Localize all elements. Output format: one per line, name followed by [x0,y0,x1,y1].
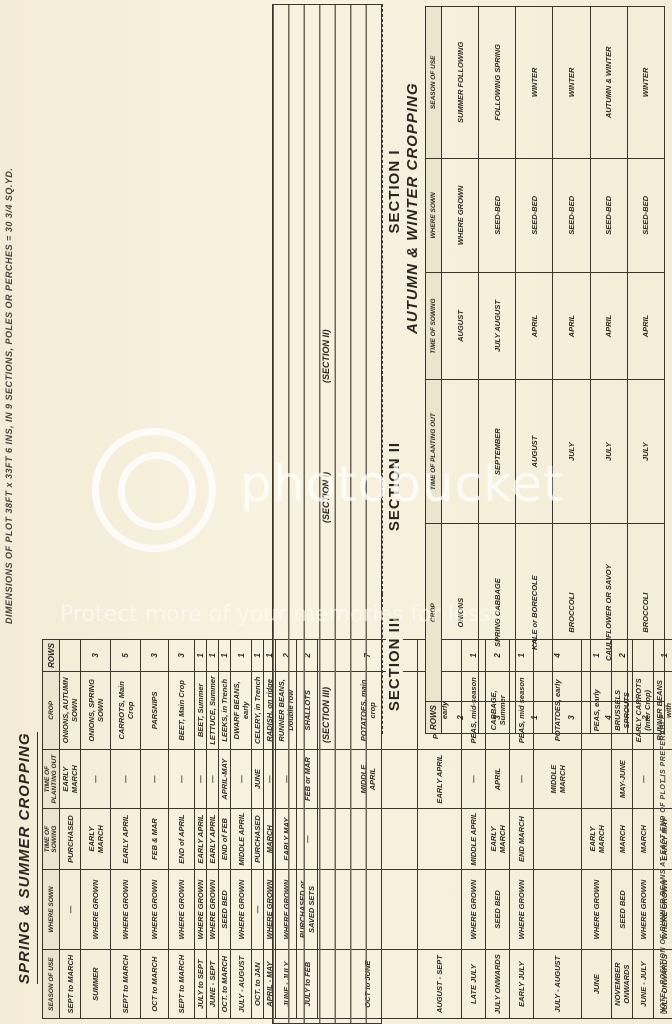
col-time-planting: TIME OF PLANTING OUT [43,749,60,809]
cell: DWARF BEANS, early [231,671,252,749]
cell: JUNE [252,749,264,809]
spring-summer-title: SPRING & SUMMER CROPPING [16,732,38,984]
table-row: JULY - AUGUSTWHERE GROWNMIDDLE APRIL—DWA… [231,640,252,1019]
cell [60,640,81,672]
cell: JUNE [582,950,612,1019]
col-where-sown: WHERE SOWN [426,158,442,272]
cell: — [231,749,252,809]
cell: 1 [252,640,264,672]
cell: EARLY MARCH [60,749,81,809]
cell: 3 [81,640,111,672]
cell: BROCCOLI [553,524,590,702]
table-row: OCT to MARCHWHERE GROWNFEB & MAR—PARSNIP… [141,640,169,1019]
cell: — [60,869,81,950]
table-row: 3BROCCOLIJULYAPRILSEED-BEDWINTER [553,7,590,734]
col-rows: ROWS [43,640,60,672]
cell: PARSNIPS [141,671,169,749]
cell: — [195,749,207,809]
cell: 3 [479,702,516,734]
cell: 1 [195,640,207,672]
cell: 1 [516,702,553,734]
cell: 3 [169,640,195,672]
cell: WINTER [627,7,664,159]
cell: JUNE - SEPT [207,950,219,1019]
cell: JULY [590,380,627,524]
plot-label-section-2: (SECTION II) [321,330,331,384]
cell: EARLY MARCH [582,809,612,869]
cell: EARLY APRIL [195,809,207,869]
cell: — [510,749,534,809]
cell: AUGUST - SEPT [418,950,462,1019]
table-row: 1KALE or BORECOLEAUGUSTAPRILSEED-BEDWINT… [516,7,553,734]
cell: SEED-BED [627,158,664,272]
cell: EARLY APRIL [207,809,219,869]
cell: — [141,749,169,809]
cell: SEED-BED [553,158,590,272]
cell: BEET, Main Crop [169,671,195,749]
cell: APRIL-MAY [219,749,231,809]
cell: JULY - AUGUST [231,950,252,1019]
table-row: 4CAULIFLOWER OR SAVOYJULYAPRILSEED-BEDAU… [590,7,627,734]
table-row: SEPT to MARCHWHERE GROWNEND of APRIL—BEE… [169,640,195,1019]
autumn-winter-title: AUTUMN & WINTER CROPPING [404,83,426,335]
cell: WHERE GROWN [442,158,479,272]
dimensions-note: DIMENSIONS OF PLOT 38FT x 33FT 6 INS, IN… [4,168,14,624]
cell: END of APRIL [169,809,195,869]
cell: — [207,749,219,809]
footer-note: NOTE:- POSITION OF RUNNER BEANS AT EAST … [660,714,667,1014]
cell: WHERE GROWN [81,869,111,950]
cell: AUGUST [442,273,479,380]
cell: SUMMER [81,950,111,1019]
table-row: SUMMERWHERE GROWNEARLY MARCH—ONIONS, SPR… [81,640,111,1019]
cell: — [111,749,141,809]
cell: SEED BED [486,869,510,950]
cell: — [633,749,654,809]
cell: MARCH [612,809,633,869]
cell: — [81,749,111,809]
cell: APRIL [627,273,664,380]
cell [582,749,612,809]
col-season: SEASON OF USE [426,7,442,159]
cell: 2 [442,702,479,734]
cell: 5 [111,640,141,672]
table-row: JULY to SEPTWHERE GROWNEARLY APRIL—BEET,… [195,640,207,1019]
cell: SEED-BED [590,158,627,272]
cell: MIDDLE APRIL [462,809,486,869]
cell: FEB & MAR [141,809,169,869]
cell: APRIL [590,273,627,380]
table-row: JUNE - SEPTWHERE GROWNEARLY APRIL—LETTUC… [207,640,219,1019]
table-row: SEPT to MARCHWHERE GROWNEARLY APRIL—CARR… [111,640,141,1019]
cell: 3 [553,702,590,734]
cell: WHERE GROWN [207,869,219,950]
cell: SEPT to MARCH [169,950,195,1019]
cell: SUMMER FOLLOWING [442,7,479,159]
cell: WHERE GROWN [633,869,654,950]
cell: JULY to SEPT [195,950,207,1019]
cell: JULY - AUGUST [534,950,582,1019]
cell: AUTUMN & WINTER [590,7,627,159]
cell: EARLY APRIL [418,749,462,809]
cell: 1 [231,640,252,672]
cell: SEED BED [612,869,633,950]
table-row: OCT. to JAN—PURCHASEDJUNECELERY, in Tren… [252,640,264,1019]
cell: JULY ONWARDS [486,950,510,1019]
cell: END MARCH [510,809,534,869]
cell: WHERE GROWN [169,869,195,950]
cell: OCT to MARCH [141,950,169,1019]
cell: LEEKS, in Trench [219,671,231,749]
cell: 3 [141,640,169,672]
cell: CARROTS, Main Crop [111,671,141,749]
cell: JUNE - JULY [633,950,654,1019]
cell: JULY [627,380,664,524]
cell: ONIONS, SPRING SOWN [81,671,111,749]
watermark-brand: photobucket [240,455,564,513]
cell: 1 [207,640,219,672]
cell: KALE or BORECOLE [516,524,553,702]
cell: PURCHASED [60,809,81,869]
cell: BROCCOLI [627,524,664,702]
cell: WHERE GROWN [141,869,169,950]
cell: WHERE GROWN [231,869,252,950]
cell: APRIL [486,749,510,809]
cell [534,809,582,869]
cell: LETTUCE, Summer [207,671,219,749]
cell: FOLLOWING SPRING [479,7,516,159]
cell: 2 [627,702,664,734]
col-rows: ROWS [426,702,442,734]
table-header-row: SEASON OF USE WHERE SOWN TIME OF SOWING … [43,640,60,1019]
cell: SEPT to MARCH [60,950,81,1019]
col-crop: CROP [43,671,60,749]
cell: BEET, Summer [195,671,207,749]
cell: MIDDLE APRIL [231,809,252,869]
cell: SEED BED [219,869,231,950]
cell: END of FEB [219,809,231,869]
col-time-sowing: TIME OF SOWING [43,809,60,869]
cell: JULY AUGUST [479,273,516,380]
cell: ONIONS, AUTUMN SOWN [60,671,81,749]
cell: SEPT to MARCH [111,950,141,1019]
section-1-band: SECTION I [382,4,405,379]
cell: APRIL [516,273,553,380]
cell: MAY-JUNE [612,749,633,809]
cell: 1 [219,640,231,672]
cell: LATE JULY [462,950,486,1019]
cell: WHERE GROWN [111,869,141,950]
cell: MARCH [633,809,654,869]
cell [418,869,462,950]
cell: EARLY APRIL [111,809,141,869]
cell: — [462,749,486,809]
cell: WINTER [516,7,553,159]
cell [534,869,582,950]
cell: EARLY MARCH [486,809,510,869]
cell: CAULIFLOWER OR SAVOY [590,524,627,702]
cell: PURCHASED [252,809,264,869]
cell: WHERE GROWN [582,869,612,950]
cell: SEED-BED [516,158,553,272]
cell: 4 [590,702,627,734]
cell: WINTER [553,7,590,159]
cell: WHERE GROWN [195,869,207,950]
cell [418,809,462,869]
col-season: SEASON OF USE [43,950,60,1019]
scanned-page: DIMENSIONS OF PLOT 38FT x 33FT 6 INS, IN… [0,0,672,1024]
cell: SEED-BED [479,158,516,272]
cell: NOVEMBER ONWARDS [612,950,633,1019]
cell: OCT. to JAN [252,950,264,1019]
col-time-sowing: TIME OF SOWING [426,273,442,380]
cell: CELERY, in Trench [252,671,264,749]
table-row: SEPT to MARCH — PURCHASED EARLY MARCH ON… [60,640,81,1019]
cell: EARLY MARCH [81,809,111,869]
cell: WHERE GROWN [510,869,534,950]
table-row: 2BROCCOLIJULYAPRILSEED-BEDWINTER [627,7,664,734]
cell: WHERE GROWN [462,869,486,950]
garden-plot-diagram: (SECTION I) (SECTION II) (SECTION III) [272,4,382,1024]
table-row: OCT. to MARCHSEED BEDEND of FEBAPRIL-MAY… [219,640,231,1019]
cell: MIDDLE MARCH [534,749,582,809]
cell: APRIL [553,273,590,380]
plot-label-section-3: (SECTION III) [321,687,331,743]
cell: — [169,749,195,809]
cell: — [252,869,264,950]
watermark-tagline: Protect more of your memories for less! [60,602,499,627]
col-where-sown: WHERE SOWN [43,869,60,950]
section-1-label: SECTION I [386,144,403,240]
cell: EARLY JULY [510,950,534,1019]
cell: OCT. to MARCH [219,950,231,1019]
watermark-logo-inner-icon [118,452,196,530]
